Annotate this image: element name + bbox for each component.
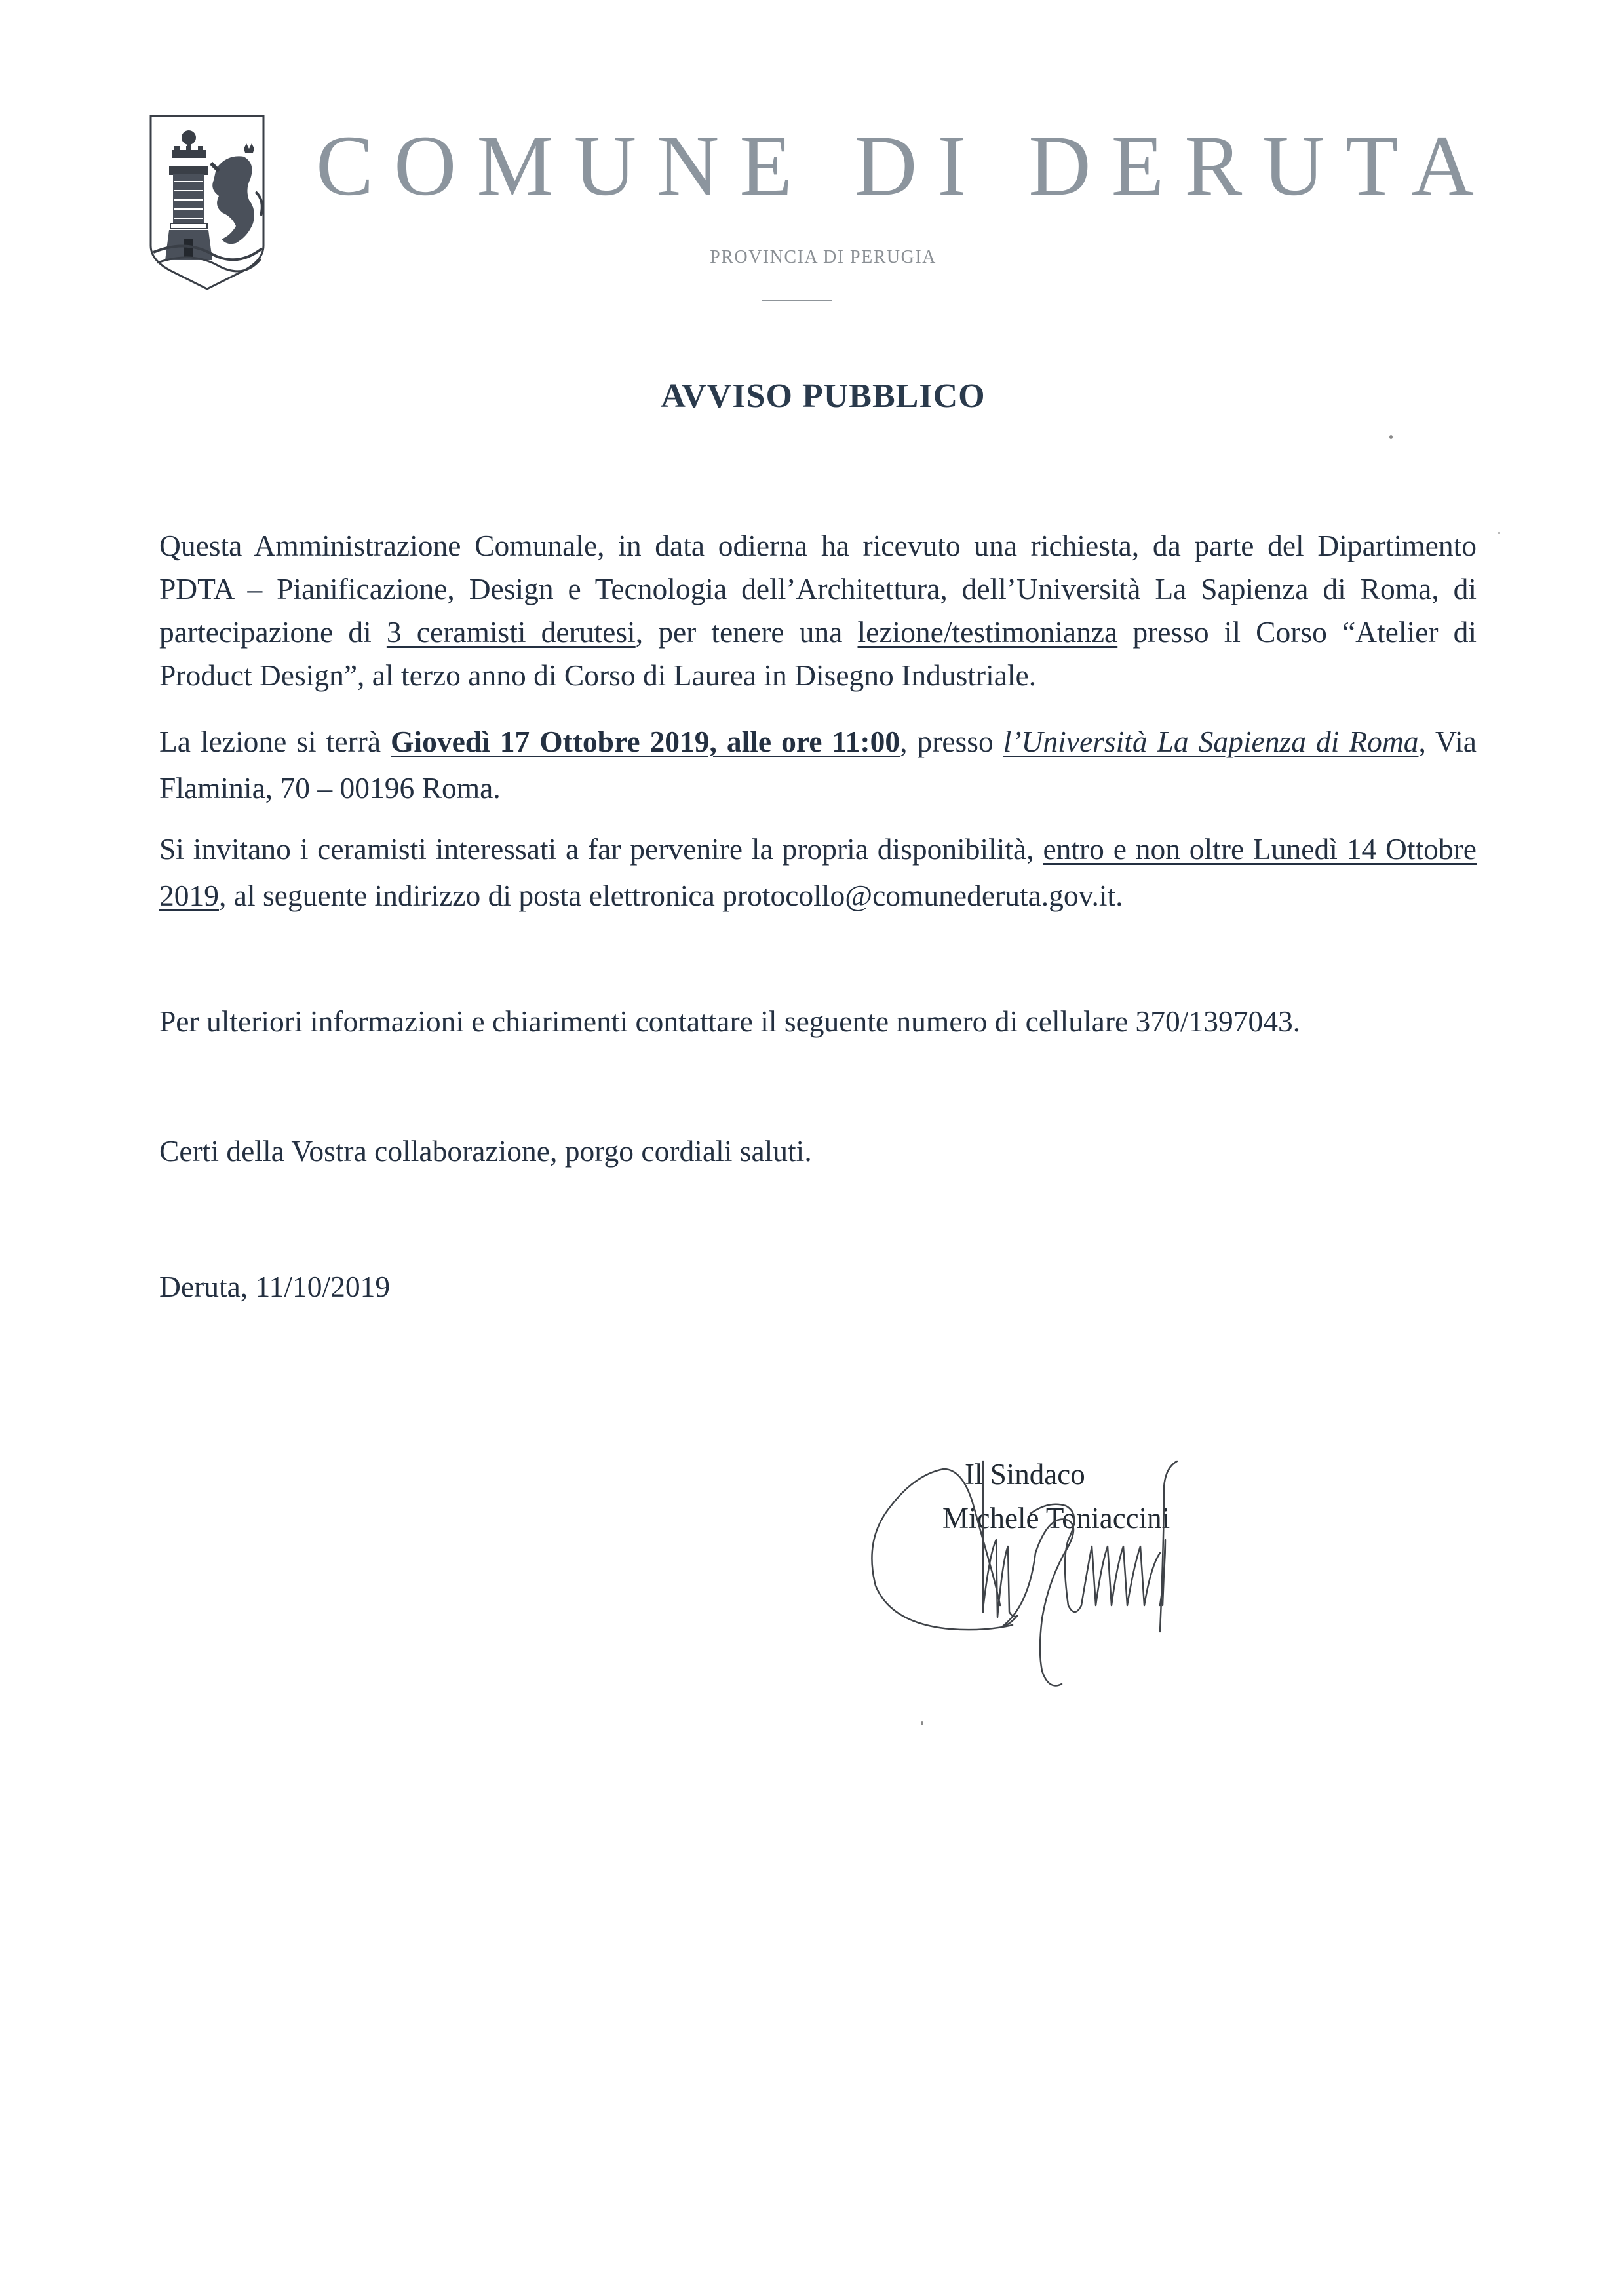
paragraph-lesson-details: La lezione si terrà Giovedì 17 Ottobre 2… [159,718,1477,811]
notice-title: AVVISO PUBBLICO [0,377,1624,416]
paragraph-availability: Si invitano i ceramisti interessati a fa… [159,826,1477,919]
place-and-date: Deruta, 11/10/2019 [159,1265,1477,1309]
province-name: PROVINCIA DI PERUGIA [0,246,1624,269]
municipality-name: COMUNE DI DERUTA [316,117,1503,215]
paragraph-contact-info: Per ulteriori informazioni e chiarimenti… [159,1000,1477,1043]
scan-artifact [1389,435,1393,439]
signatory-name: Michele Toniaccini [942,1500,1170,1537]
emphasis-text: Giovedì 17 Ottobre 2019, alle ore 11:00 [391,725,900,758]
emphasis-text: lezione/testimonianza [858,615,1118,649]
emphasis-text: 3 ceramisti derutesi [387,615,636,649]
scan-artifact [1498,532,1500,534]
emphasis-text: entro e non oltre Lunedì 14 Ottobre 2019 [159,832,1477,912]
emphasis-text: l’Università La Sapienza di Roma [1003,725,1419,758]
handwritten-signature-icon [852,1409,1507,1704]
scan-artifact [921,1721,923,1725]
paragraph-request: Questa Amministrazione Comunale, in data… [159,524,1477,697]
signatory-role: Il Sindaco [965,1456,1085,1493]
paragraph-closing: Certi della Vostra collaborazione, porgo… [159,1130,1477,1173]
header-divider [762,300,832,301]
